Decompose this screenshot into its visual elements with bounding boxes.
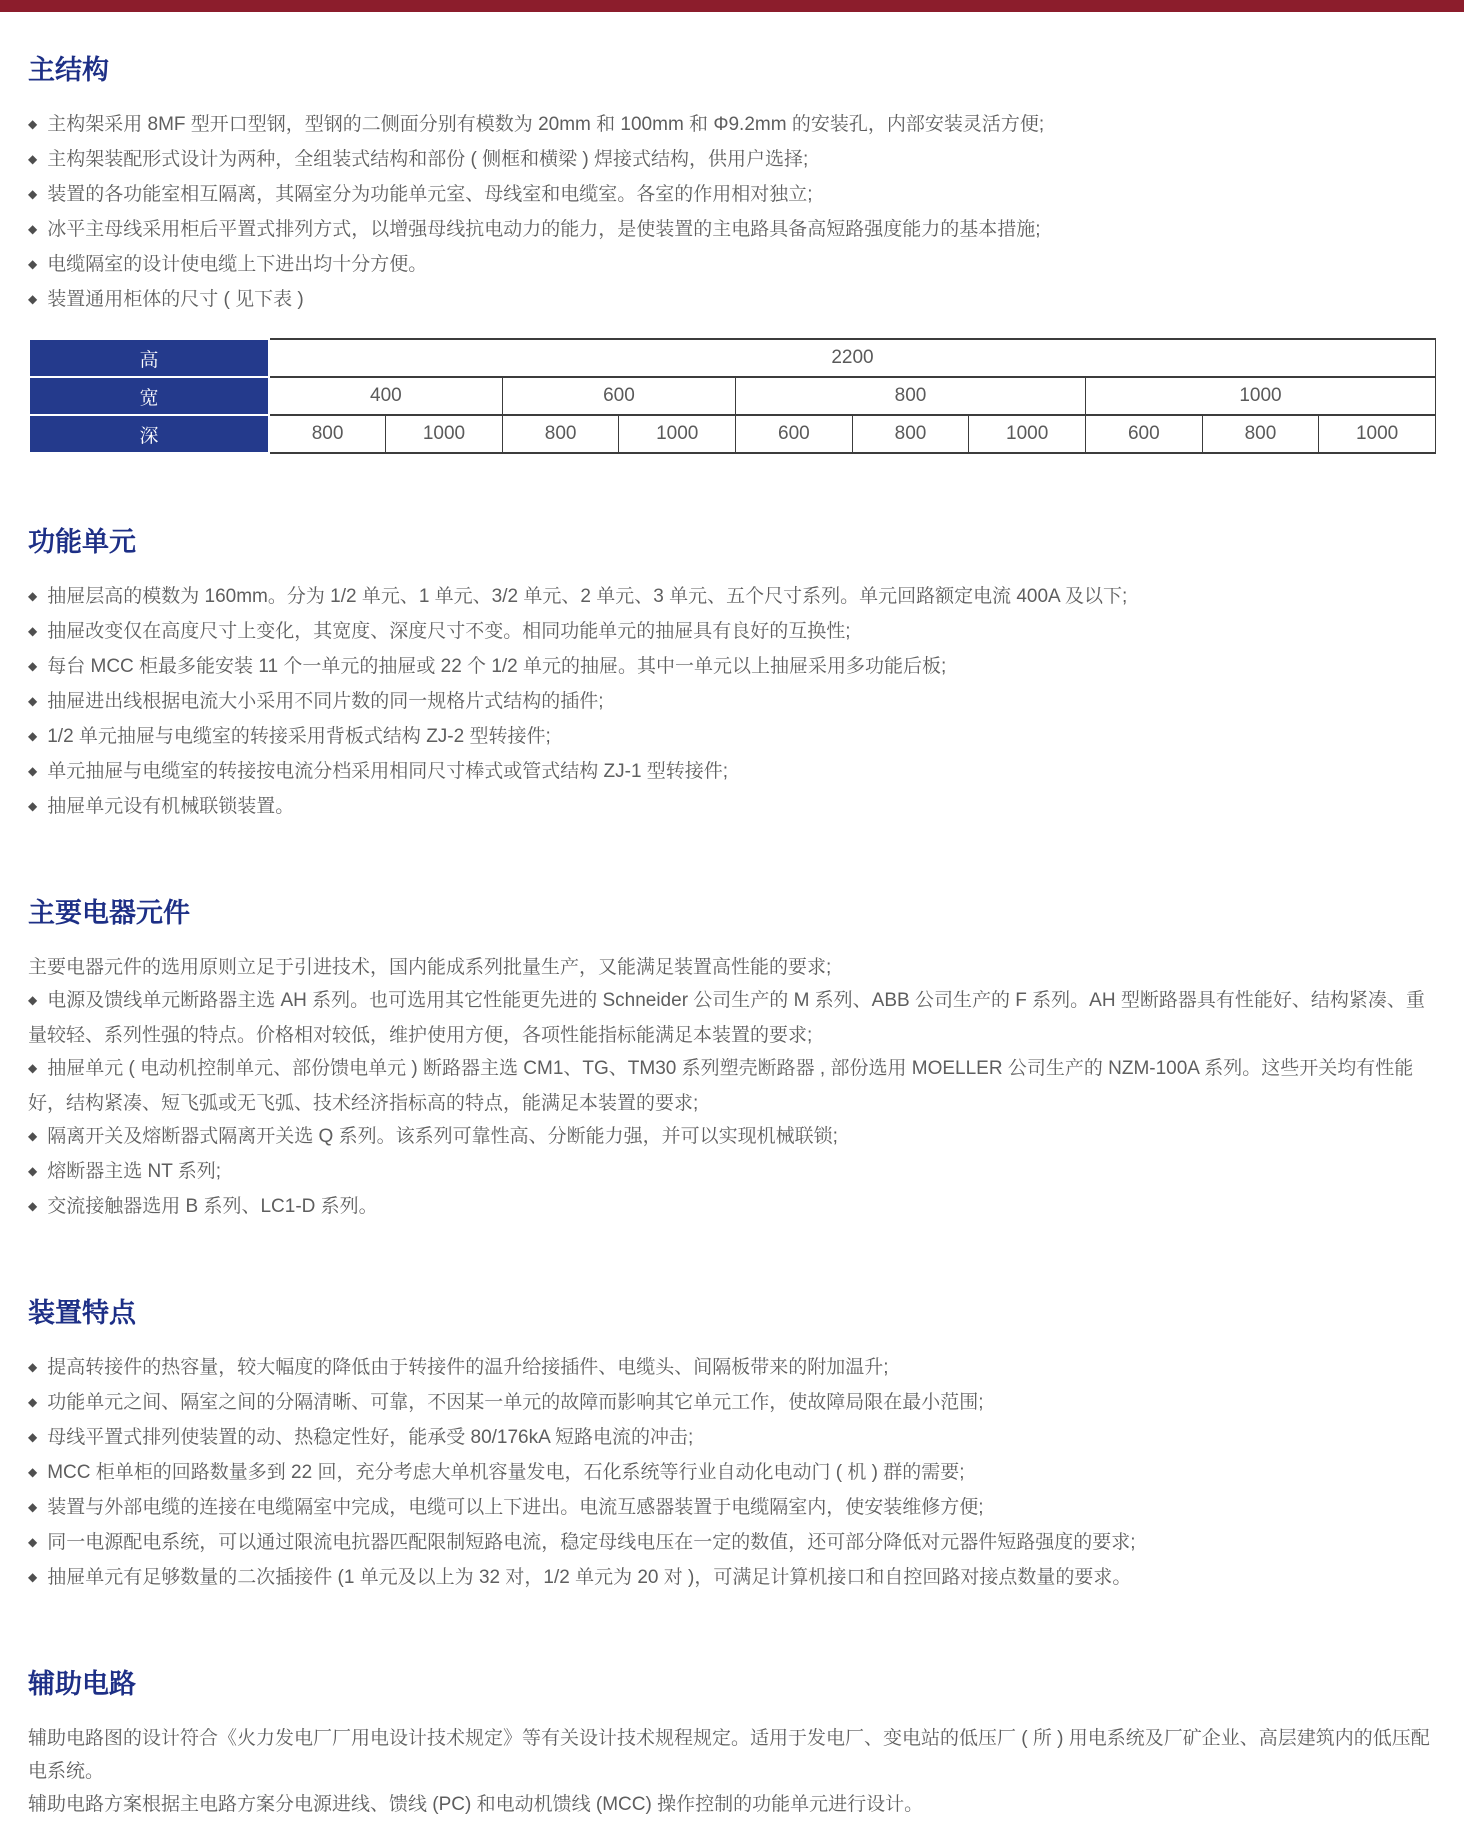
bullet-item: ◆抽屉进出线根据电流大小采用不同片数的同一规格片式结构的插件; [28, 685, 1436, 720]
bullet-item: ◆同一电源配电系统，可以通过限流电抗器匹配限制短路电流，稳定母线电压在一定的数值… [28, 1526, 1436, 1561]
bullet-text: 同一电源配电系统，可以通过限流电抗器匹配限制短路电流，稳定母线电压在一定的数值，… [47, 1532, 1135, 1553]
diamond-bullet-icon: ◆ [28, 580, 37, 613]
bullet-text: 抽屉单元设有机械联锁装置。 [47, 796, 294, 817]
diamond-bullet-icon: ◆ [28, 790, 37, 823]
diamond-bullet-icon: ◆ [28, 1351, 37, 1384]
bullet-text: 熔断器主选 NT 系列; [47, 1161, 221, 1182]
table-cell: 600 [736, 415, 853, 453]
bullet-item: ◆主构架装配形式设计为两种，全组装式结构和部份 ( 侧框和横梁 ) 焊接式结构，… [28, 143, 1436, 178]
table-row: 宽4006008001000 [29, 377, 1436, 415]
diamond-bullet-icon: ◆ [28, 248, 37, 281]
diamond-bullet-icon: ◆ [28, 1190, 37, 1223]
bullet-text: 抽屉改变仅在高度尺寸上变化，其宽度、深度尺寸不变。相同功能单元的抽屉具有良好的互… [47, 621, 850, 642]
bullet-text: 冰平主母线采用柜后平置式排列方式，以增强母线抗电动力的能力，是使装置的主电路具备… [47, 219, 1040, 240]
bullet-item: ◆冰平主母线采用柜后平置式排列方式，以增强母线抗电动力的能力，是使装置的主电路具… [28, 213, 1436, 248]
table-cell: 2200 [269, 339, 1436, 377]
table-cell: 600 [1085, 415, 1202, 453]
table-cell: 400 [269, 377, 502, 415]
bullet-item: ◆抽屉单元设有机械联锁装置。 [28, 790, 1436, 825]
diamond-bullet-icon: ◆ [28, 1526, 37, 1559]
bullet-text: 装置通用柜体的尺寸 ( 见下表 ) [47, 289, 304, 310]
bullet-text: 装置与外部电缆的连接在电缆隔室中完成，电缆可以上下进出。电流互感器装置于电缆隔室… [47, 1497, 983, 1518]
diamond-bullet-icon: ◆ [28, 108, 37, 141]
row-header-cell: 高 [29, 339, 269, 377]
section-title-device-features: 装置特点 [28, 1297, 1436, 1329]
diamond-bullet-icon: ◆ [28, 755, 37, 788]
bullet-item: ◆主构架采用 8MF 型开口型钢，型钢的二侧面分别有模数为 20mm 和 100… [28, 108, 1436, 143]
diamond-bullet-icon: ◆ [28, 143, 37, 176]
bullet-item: ◆隔离开关及熔断器式隔离开关选 Q 系列。该系列可靠性高、分断能力强，并可以实现… [28, 1120, 1436, 1155]
table-cell: 800 [1202, 415, 1319, 453]
section-main-structure: 主结构◆主构架采用 8MF 型开口型钢，型钢的二侧面分别有模数为 20mm 和 … [28, 54, 1436, 454]
bullet-item: ◆MCC 柜单柜的回路数量多到 22 回，充分考虑大单机容量发电，石化系统等行业… [28, 1456, 1436, 1491]
table-cell: 800 [852, 415, 969, 453]
row-header-cell: 深 [29, 415, 269, 453]
bullet-item: ◆抽屉层高的模数为 160mm。分为 1/2 单元、1 单元、3/2 单元、2 … [28, 580, 1436, 615]
section-title-main-structure: 主结构 [28, 54, 1436, 86]
bullet-text: 1/2 单元抽屉与电缆室的转接采用背板式结构 ZJ-2 型转接件; [47, 726, 551, 747]
diamond-bullet-icon: ◆ [28, 1052, 37, 1085]
body-paragraph: 辅助电路方案根据主电路方案分电源进线、馈线 (PC) 和电动机馈线 (MCC) … [28, 1788, 1436, 1821]
table-cell: 1000 [1319, 415, 1436, 453]
bullet-item: ◆装置与外部电缆的连接在电缆隔室中完成，电缆可以上下进出。电流互感器装置于电缆隔… [28, 1491, 1436, 1526]
table-cell: 800 [502, 415, 619, 453]
bullet-item: ◆母线平置式排列使装置的动、热稳定性好，能承受 80/176kA 短路电流的冲击… [28, 1421, 1436, 1456]
diamond-bullet-icon: ◆ [28, 685, 37, 718]
section-device-features: 装置特点◆提高转接件的热容量，较大幅度的降低由于转接件的温升给接插件、电缆头、间… [28, 1297, 1436, 1596]
bullet-item: ◆装置的各功能室相互隔离，其隔室分为功能单元室、母线室和电缆室。各室的作用相对独… [28, 178, 1436, 213]
diamond-bullet-icon: ◆ [28, 1491, 37, 1524]
bullet-text: 主构架采用 8MF 型开口型钢，型钢的二侧面分别有模数为 20mm 和 100m… [47, 114, 1044, 135]
bullet-item: ◆抽屉改变仅在高度尺寸上变化，其宽度、深度尺寸不变。相同功能单元的抽屉具有良好的… [28, 615, 1436, 650]
bullet-item: ◆单元抽屉与电缆室的转接按电流分档采用相同尺寸棒式或管式结构 ZJ-1 型转接件… [28, 755, 1436, 790]
table-cell: 800 [269, 415, 386, 453]
section-auxiliary-circuits: 辅助电路辅助电路图的设计符合《火力发电厂厂用电设计技术规定》等有关设计技术规程规… [28, 1668, 1436, 1821]
diamond-bullet-icon: ◆ [28, 1155, 37, 1188]
bullet-text: MCC 柜单柜的回路数量多到 22 回，充分考虑大单机容量发电，石化系统等行业自… [47, 1462, 964, 1483]
bullet-item: ◆抽屉单元 ( 电动机控制单元、部份馈电单元 ) 断路器主选 CM1、TG、TM… [28, 1052, 1436, 1120]
section-main-electrical-components: 主要电器元件主要电器元件的选用原则立足于引进技术，国内能成系列批量生产，又能满足… [28, 897, 1436, 1225]
diamond-bullet-icon: ◆ [28, 213, 37, 246]
document-body: 主结构◆主构架采用 8MF 型开口型钢，型钢的二侧面分别有模数为 20mm 和 … [0, 54, 1464, 1821]
diamond-bullet-icon: ◆ [28, 720, 37, 753]
cabinet-size-table: 高2200宽4006008001000深80010008001000600800… [28, 338, 1436, 454]
bullet-text: 抽屉层高的模数为 160mm。分为 1/2 单元、1 单元、3/2 单元、2 单… [47, 586, 1127, 607]
bullet-item: ◆电源及馈线单元断路器主选 AH 系列。也可选用其它性能更先进的 Schneid… [28, 984, 1436, 1052]
diamond-bullet-icon: ◆ [28, 283, 37, 316]
section-title-main-electrical-components: 主要电器元件 [28, 897, 1436, 929]
diamond-bullet-icon: ◆ [28, 615, 37, 648]
section-title-auxiliary-circuits: 辅助电路 [28, 1668, 1436, 1700]
bullet-item: ◆提高转接件的热容量，较大幅度的降低由于转接件的温升给接插件、电缆头、间隔板带来… [28, 1351, 1436, 1386]
section-intro: 主要电器元件的选用原则立足于引进技术，国内能成系列批量生产，又能满足装置高性能的… [28, 951, 1436, 984]
bullet-item: ◆交流接触器选用 B 系列、LC1-D 系列。 [28, 1190, 1436, 1225]
body-paragraph: 辅助电路图的设计符合《火力发电厂厂用电设计技术规定》等有关设计技术规程规定。适用… [28, 1722, 1436, 1788]
bullet-item: ◆装置通用柜体的尺寸 ( 见下表 ) [28, 283, 1436, 318]
diamond-bullet-icon: ◆ [28, 650, 37, 683]
bullet-text: 每台 MCC 柜最多能安装 11 个一单元的抽屉或 22 个 1/2 单元的抽屉… [47, 656, 946, 677]
bullet-text: 提高转接件的热容量，较大幅度的降低由于转接件的温升给接插件、电缆头、间隔板带来的… [47, 1357, 888, 1378]
top-accent-bar [0, 0, 1464, 12]
table-cell: 1000 [969, 415, 1086, 453]
table-body: 高2200宽4006008001000深80010008001000600800… [29, 339, 1436, 453]
section-title-functional-units: 功能单元 [28, 526, 1436, 558]
bullet-text: 抽屉单元 ( 电动机控制单元、部份馈电单元 ) 断路器主选 CM1、TG、TM3… [28, 1058, 1413, 1114]
diamond-bullet-icon: ◆ [28, 1120, 37, 1153]
bullet-text: 装置的各功能室相互隔离，其隔室分为功能单元室、母线室和电缆室。各室的作用相对独立… [47, 184, 812, 205]
diamond-bullet-icon: ◆ [28, 1421, 37, 1454]
row-header-cell: 宽 [29, 377, 269, 415]
bullet-item: ◆功能单元之间、隔室之间的分隔清晰、可靠，不因某一单元的故障而影响其它单元工作，… [28, 1386, 1436, 1421]
bullet-text: 母线平置式排列使装置的动、热稳定性好，能承受 80/176kA 短路电流的冲击; [47, 1427, 693, 1448]
bullet-text: 交流接触器选用 B 系列、LC1-D 系列。 [47, 1196, 377, 1217]
bullet-item: ◆电缆隔室的设计使电缆上下进出均十分方便。 [28, 248, 1436, 283]
diamond-bullet-icon: ◆ [28, 984, 37, 1017]
diamond-bullet-icon: ◆ [28, 1386, 37, 1419]
bullet-text: 功能单元之间、隔室之间的分隔清晰、可靠，不因某一单元的故障而影响其它单元工作，使… [47, 1392, 983, 1413]
diamond-bullet-icon: ◆ [28, 1456, 37, 1489]
table-row: 深8001000800100060080010006008001000 [29, 415, 1436, 453]
bullet-text: 抽屉单元有足够数量的二次插接件 (1 单元及以上为 32 对，1/2 单元为 2… [47, 1567, 1131, 1588]
table-cell: 1000 [1085, 377, 1435, 415]
bullet-text: 电缆隔室的设计使电缆上下进出均十分方便。 [47, 254, 427, 275]
bullet-text: 隔离开关及熔断器式隔离开关选 Q 系列。该系列可靠性高、分断能力强，并可以实现机… [47, 1126, 838, 1147]
table-cell: 600 [502, 377, 735, 415]
diamond-bullet-icon: ◆ [28, 1561, 37, 1594]
bullet-text: 电源及馈线单元断路器主选 AH 系列。也可选用其它性能更先进的 Schneide… [28, 990, 1425, 1046]
bullet-item: ◆1/2 单元抽屉与电缆室的转接采用背板式结构 ZJ-2 型转接件; [28, 720, 1436, 755]
table-cell: 800 [736, 377, 1086, 415]
table-cell: 1000 [619, 415, 736, 453]
table-cell: 1000 [386, 415, 503, 453]
bullet-item: ◆每台 MCC 柜最多能安装 11 个一单元的抽屉或 22 个 1/2 单元的抽… [28, 650, 1436, 685]
bullet-item: ◆抽屉单元有足够数量的二次插接件 (1 单元及以上为 32 对，1/2 单元为 … [28, 1561, 1436, 1596]
section-functional-units: 功能单元◆抽屉层高的模数为 160mm。分为 1/2 单元、1 单元、3/2 单… [28, 526, 1436, 825]
bullet-text: 单元抽屉与电缆室的转接按电流分档采用相同尺寸棒式或管式结构 ZJ-1 型转接件; [47, 761, 728, 782]
diamond-bullet-icon: ◆ [28, 178, 37, 211]
bullet-text: 抽屉进出线根据电流大小采用不同片数的同一规格片式结构的插件; [47, 691, 603, 712]
bullet-item: ◆熔断器主选 NT 系列; [28, 1155, 1436, 1190]
table-row: 高2200 [29, 339, 1436, 377]
bullet-text: 主构架装配形式设计为两种，全组装式结构和部份 ( 侧框和横梁 ) 焊接式结构，供… [47, 149, 808, 170]
